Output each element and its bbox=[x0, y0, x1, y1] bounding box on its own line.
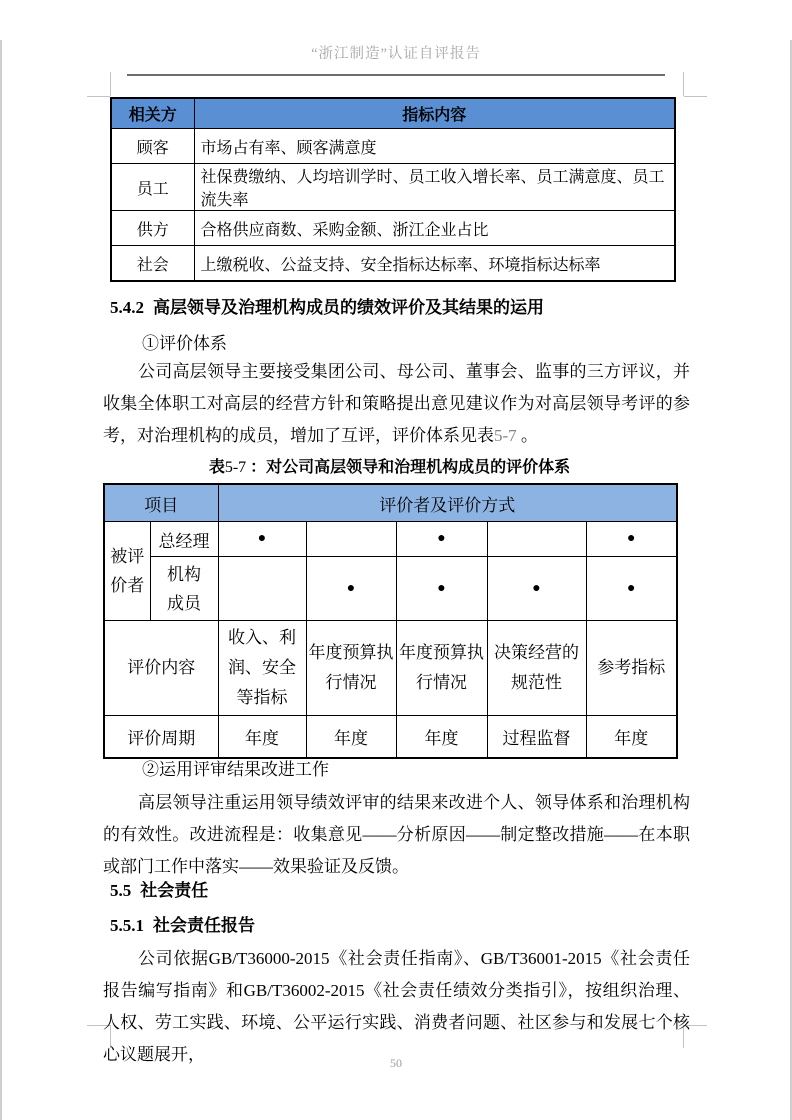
crop-mark-top-left-v bbox=[110, 72, 111, 96]
evaluatee-member-cell: 机构成员 bbox=[150, 557, 218, 621]
table-row: 社会 上缴税收、公益支持、安全指标达标率、环境指标达标率 bbox=[111, 246, 675, 282]
document-page: { "page": { "header_title": "“浙江制造”认证自评报… bbox=[0, 0, 792, 1120]
cycle-row-label: 评价周期 bbox=[104, 716, 218, 759]
page-edge-left bbox=[0, 40, 2, 1120]
mark-cell bbox=[487, 522, 586, 557]
eval-header-item: 项目 bbox=[104, 484, 218, 522]
caption-label: 表 bbox=[209, 459, 225, 476]
content-cell: 参考指标 bbox=[586, 621, 677, 716]
crop-mark-top-right-v bbox=[683, 72, 684, 96]
content-cell: 决策经营的规范性 bbox=[487, 621, 586, 716]
table-row: 员工 社保费缴纳、人均培训学时、员工收入增长率、员工满意度、员工流失率 bbox=[111, 164, 675, 211]
mark-cell: ● bbox=[218, 522, 306, 557]
table-row-org-members: 机构成员 ● ● ● ● bbox=[104, 557, 677, 621]
caption-title: 对公司高层领导和治理机构成员的评价体系 bbox=[266, 459, 570, 476]
stakeholder-party-cell: 顾客 bbox=[111, 129, 194, 164]
stakeholder-indicators-cell: 合格供应商数、采购金额、浙江企业占比 bbox=[194, 211, 675, 246]
paragraph-social-responsibility: 公司依据GB/T36000-2015《社会责任指南》、GB/T36001-201… bbox=[103, 943, 690, 1071]
evaluation-header-row: 项目 评价者及评价方式 bbox=[104, 484, 677, 522]
table-5-7-caption: 表5-7 ：对公司高层领导和治理机构成员的评价体系 bbox=[103, 454, 676, 477]
stakeholder-indicators-cell: 社保费缴纳、人均培训学时、员工收入增长率、员工满意度、员工流失率 bbox=[194, 164, 675, 211]
eval-header-evaluators: 评价者及评价方式 bbox=[218, 484, 677, 522]
table-row: 供方 合格供应商数、采购金额、浙江企业占比 bbox=[111, 211, 675, 246]
stakeholder-table: 相关方 指标内容 顾客 市场占有率、顾客满意度 员工 社保费缴纳、人均培训学时、… bbox=[110, 97, 676, 282]
cycle-cell: 年度 bbox=[218, 716, 306, 759]
mark-cell: ● bbox=[586, 557, 677, 621]
section-heading-5-4-2: 5.4.2高层领导及治理机构成员的绩效评价及其结果的运用 bbox=[110, 293, 544, 318]
stakeholder-header-row: 相关方 指标内容 bbox=[111, 98, 675, 129]
table-row: 顾客 市场占有率、顾客满意度 bbox=[111, 129, 675, 164]
heading-text: 高层领导及治理机构成员的绩效评价及其结果的运用 bbox=[153, 298, 544, 317]
header-rule bbox=[127, 74, 665, 76]
stakeholder-col-header-indicators: 指标内容 bbox=[194, 98, 675, 129]
content-cell: 收入、利润、安全等指标 bbox=[218, 621, 306, 716]
content-cell: 年度预算执行情况 bbox=[396, 621, 487, 716]
section-heading-5-5-1: 5.5.1社会责任报告 bbox=[110, 911, 255, 936]
paragraph-text: 公司高层领导主要接受集团公司、母公司、董事会、监事的三方评议，并收集全体职工对高… bbox=[103, 362, 690, 445]
content-row-label: 评价内容 bbox=[104, 621, 218, 716]
stakeholder-party-cell: 供方 bbox=[111, 211, 194, 246]
table-cross-reference: 5-7 bbox=[494, 426, 517, 445]
table-row-evaluation-cycle: 评价周期 年度 年度 年度 过程监督 年度 bbox=[104, 716, 677, 759]
crop-mark-top-left-h bbox=[87, 96, 110, 97]
paragraph-review-improvement: 高层领导注重运用领导绩效评审的结果来改进个人、领导体系和治理机构的有效性。改进流… bbox=[103, 787, 690, 883]
page-number: 50 bbox=[0, 1056, 792, 1071]
crop-mark-top-right-h bbox=[684, 96, 707, 97]
mark-cell: ● bbox=[396, 557, 487, 621]
stakeholder-indicators-cell: 上缴税收、公益支持、安全指标达标率、环境指标达标率 bbox=[194, 246, 675, 282]
mark-cell: ● bbox=[586, 522, 677, 557]
table-row-evaluation-content: 评价内容 收入、利润、安全等指标 年度预算执行情况 年度预算执行情况 决策经营的… bbox=[104, 621, 677, 716]
list-item-1: ①评价体系 bbox=[142, 329, 227, 354]
cycle-cell: 年度 bbox=[586, 716, 677, 759]
mark-cell bbox=[306, 522, 396, 557]
evaluatee-member-label: 机构成员 bbox=[164, 560, 203, 618]
heading-number: 5.5.1 bbox=[110, 916, 144, 935]
cycle-cell: 年度 bbox=[306, 716, 396, 759]
caption-number: 5-7 bbox=[225, 459, 246, 476]
evaluation-system-table: 项目 评价者及评价方式 被评价者 总经理 ● ● ● 机构成员 ● ● ● ● … bbox=[103, 483, 678, 759]
heading-text: 社会责任 bbox=[140, 881, 208, 900]
evaluatee-group-cell: 被评价者 bbox=[104, 522, 150, 621]
stakeholder-party-cell: 社会 bbox=[111, 246, 194, 282]
caption-separator: ： bbox=[246, 459, 266, 476]
heading-text: 社会责任报告 bbox=[153, 916, 255, 935]
evaluatee-group-label: 被评价者 bbox=[108, 542, 147, 600]
stakeholder-party-cell: 员工 bbox=[111, 164, 194, 211]
content-cell: 年度预算执行情况 bbox=[306, 621, 396, 716]
mark-cell: ● bbox=[396, 522, 487, 557]
mark-cell: ● bbox=[487, 557, 586, 621]
stakeholder-col-header-party: 相关方 bbox=[111, 98, 194, 129]
list-item-2: ②运用评审结果改进工作 bbox=[142, 755, 329, 780]
section-heading-5-5: 5.5社会责任 bbox=[110, 876, 208, 901]
mark-cell bbox=[218, 557, 306, 621]
stakeholder-indicators-cell: 市场占有率、顾客满意度 bbox=[194, 129, 675, 164]
heading-number: 5.4.2 bbox=[110, 298, 144, 317]
evaluatee-gm-cell: 总经理 bbox=[150, 522, 218, 557]
cycle-cell: 过程监督 bbox=[487, 716, 586, 759]
page-header-title: “浙江制造”认证自评报告 bbox=[0, 42, 792, 63]
heading-number: 5.5 bbox=[110, 881, 131, 900]
mark-cell: ● bbox=[306, 557, 396, 621]
table-row-general-manager: 被评价者 总经理 ● ● ● bbox=[104, 522, 677, 557]
paragraph-text-tail: 。 bbox=[517, 426, 538, 445]
paragraph-evaluation-system: 公司高层领导主要接受集团公司、母公司、董事会、监事的三方评议，并收集全体职工对高… bbox=[103, 356, 690, 452]
cycle-cell: 年度 bbox=[396, 716, 487, 759]
